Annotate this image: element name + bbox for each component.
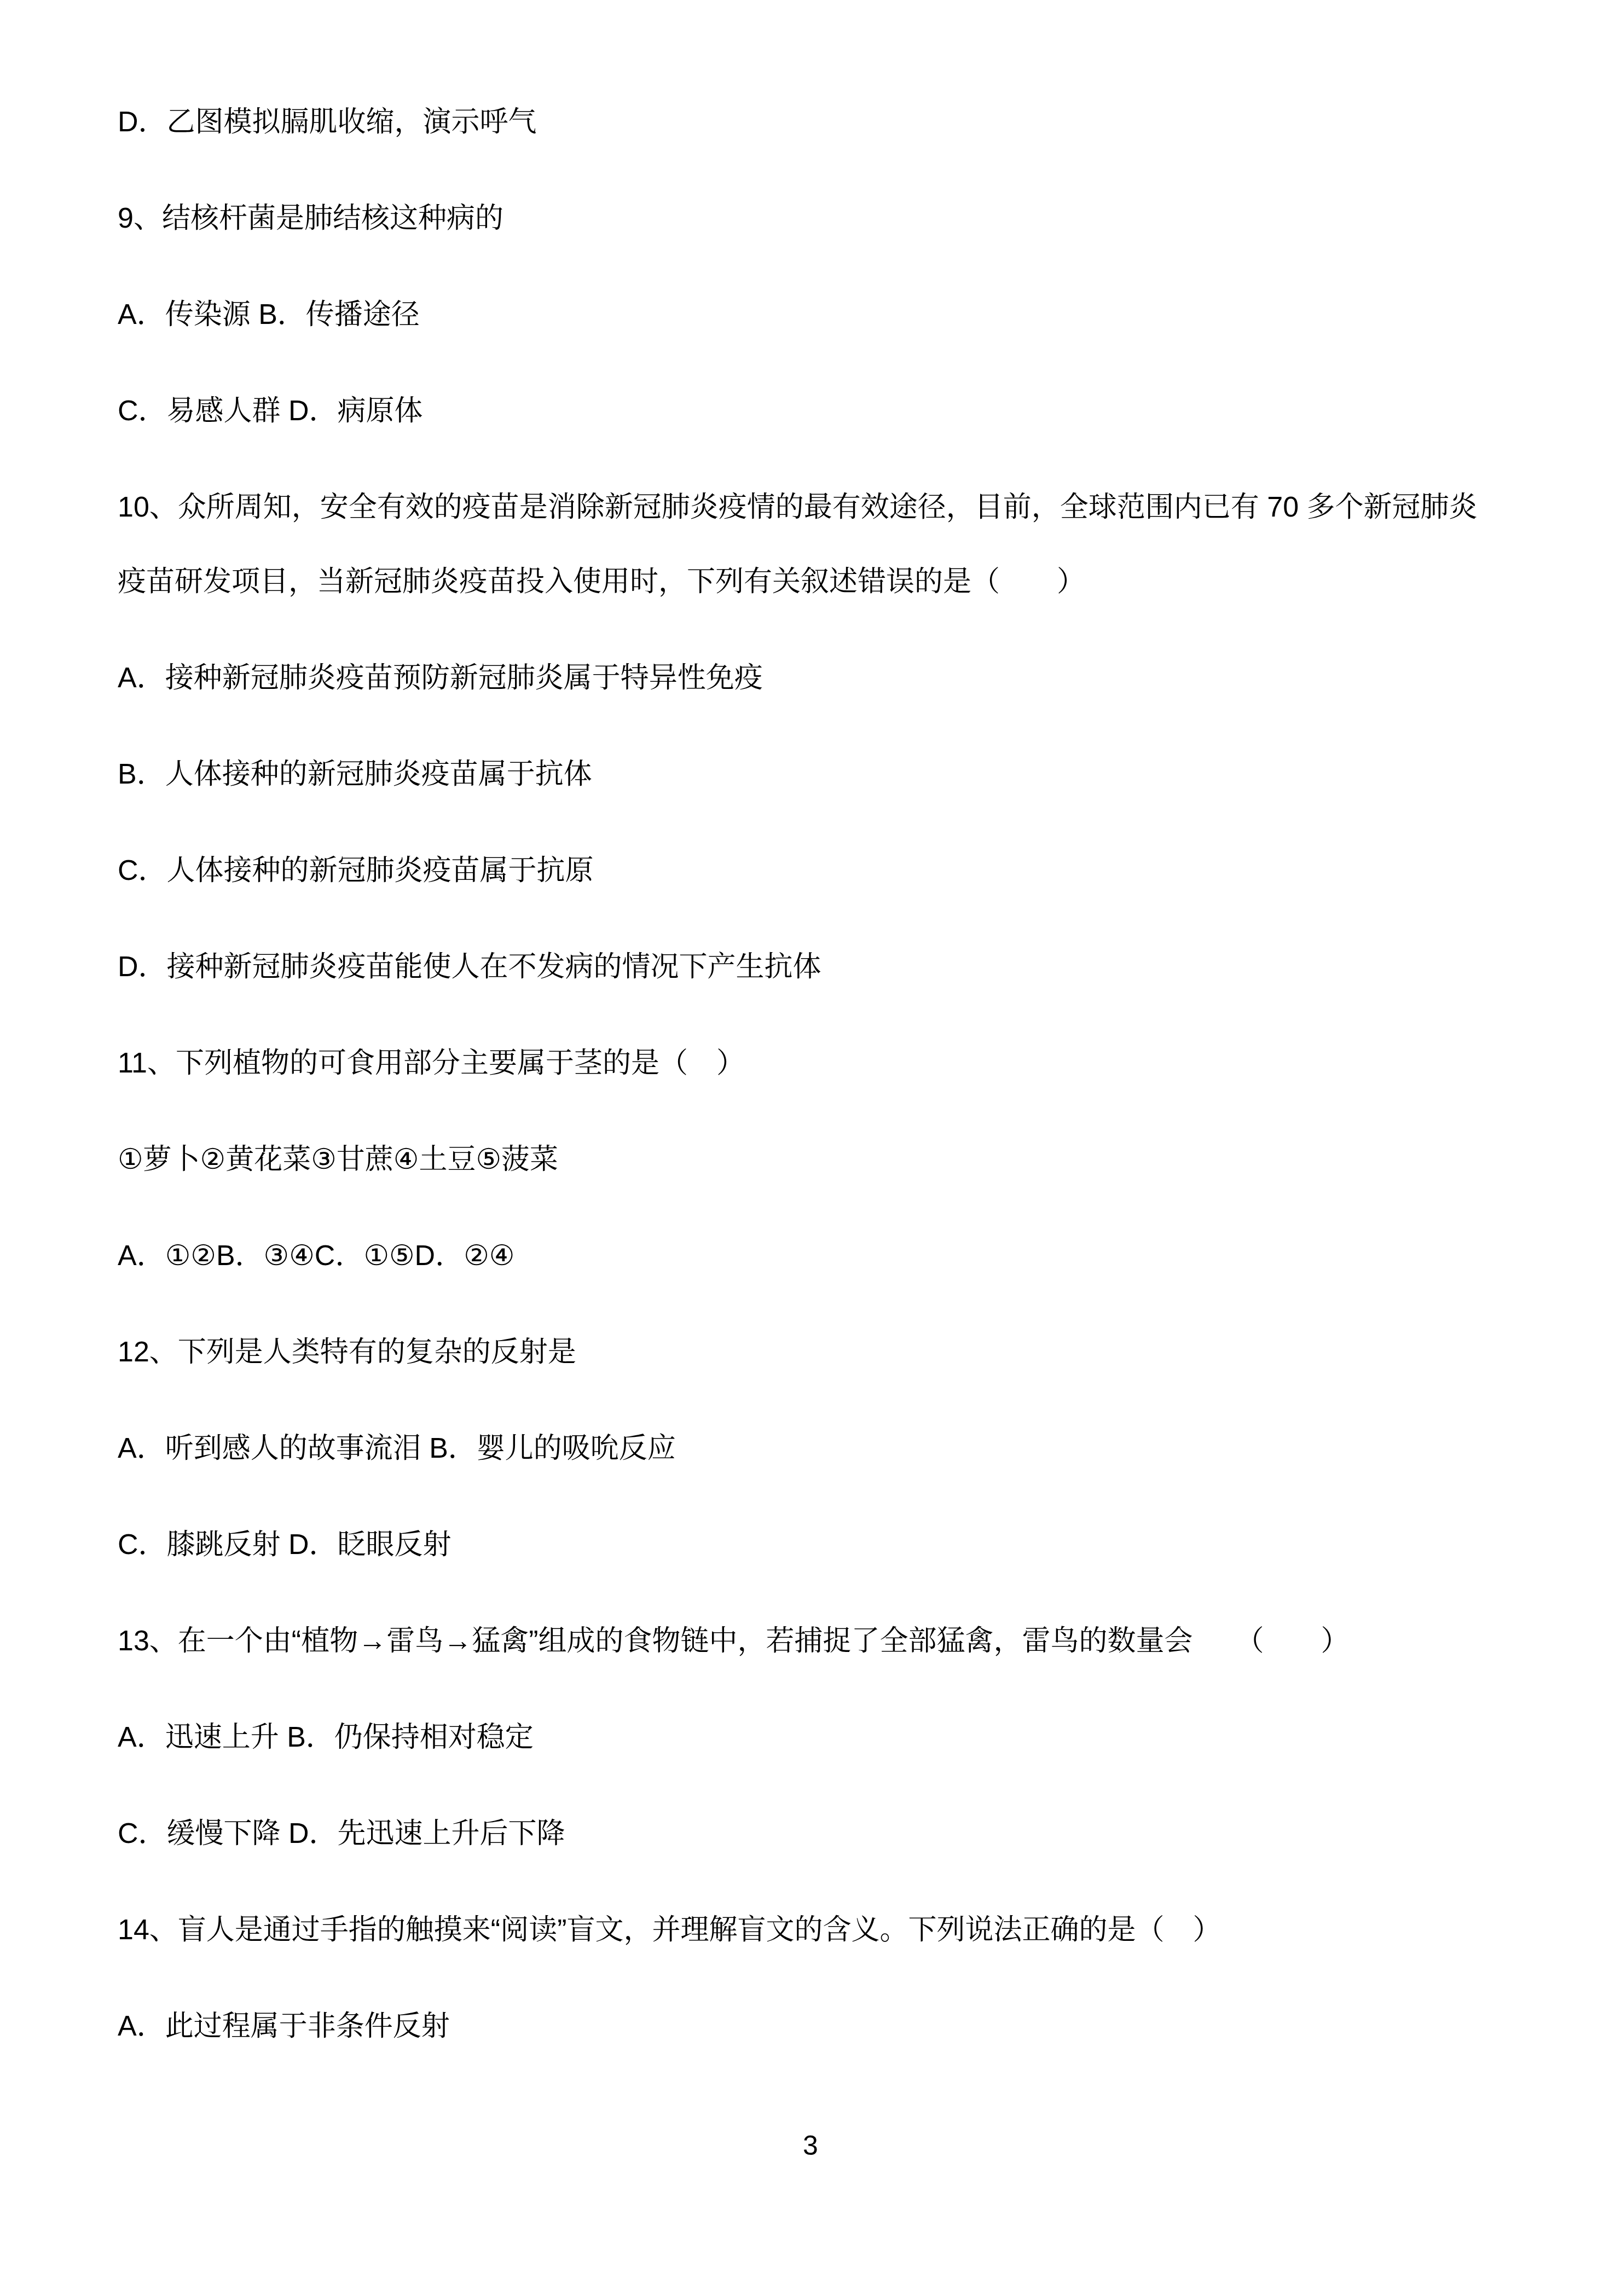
- question-12-stem: 12、下列是人类特有的复杂的反射是: [118, 1315, 1539, 1389]
- question-11-items: ①萝卜②黄花菜③甘蔗④土豆⑤菠菜: [118, 1122, 1539, 1197]
- exam-document-page: D．乙图模拟膈肌收缩，演示呼气 9、结核杆菌是肺结核这种病的 A．传染源 B．传…: [0, 0, 1621, 2296]
- question-12-options-ab: A．听到感人的故事流泪 B．婴儿的吸吮反应: [118, 1411, 1539, 1486]
- question-14-stem: 14、盲人是通过手指的触摸来“阅读”盲文，并理解盲文的含义。下列说法正确的是（ …: [118, 1893, 1539, 1967]
- question-10-stem-line2: 疫苗研发项目，当新冠肺炎疫苗投入使用时，下列有关叙述错误的是（ ）: [118, 544, 1539, 619]
- page-number: 3: [0, 2130, 1621, 2161]
- question-13-options-ab: A．迅速上升 B．仍保持相对稳定: [118, 1700, 1539, 1775]
- question-9-stem: 9、结核杆菌是肺结核这种病的: [118, 181, 1539, 256]
- question-10-option-c: C．人体接种的新冠肺炎疫苗属于抗原: [118, 833, 1539, 908]
- question-10-option-a: A．接种新冠肺炎疫苗预防新冠肺炎属于特异性免疫: [118, 641, 1539, 715]
- question-14-option-a: A．此过程属于非条件反射: [118, 1989, 1539, 2063]
- question-13-stem: 13、在一个由“植物→雷鸟→猛禽”组成的食物链中，若捕捉了全部猛禽，雷鸟的数量会…: [118, 1604, 1539, 1678]
- question-8-option-d: D．乙图模拟膈肌收缩，演示呼气: [118, 85, 1539, 159]
- question-13-options-cd: C．缓慢下降 D．先迅速上升后下降: [118, 1796, 1539, 1871]
- question-12-options-cd: C．膝跳反射 D．眨眼反射: [118, 1508, 1539, 1582]
- question-9-options-ab: A．传染源 B．传播途径: [118, 277, 1539, 352]
- question-11-stem: 11、下列植物的可食用部分主要属于茎的是（ ）: [118, 1026, 1539, 1100]
- exam-text-block: D．乙图模拟膈肌收缩，演示呼气 9、结核杆菌是肺结核这种病的 A．传染源 B．传…: [118, 85, 1539, 2085]
- question-10-option-b: B．人体接种的新冠肺炎疫苗属于抗体: [118, 737, 1539, 811]
- question-9-options-cd: C．易感人群 D．病原体: [118, 374, 1539, 448]
- question-11-options-abcd: A．①②B．③④C．①⑤D．②④: [118, 1219, 1539, 1293]
- question-10-option-d: D．接种新冠肺炎疫苗能使人在不发病的情况下产生抗体: [118, 930, 1539, 1004]
- question-10-stem-line1: 10、众所周知，安全有效的疫苗是消除新冠肺炎疫情的最有效途径，目前，全球范围内已…: [118, 470, 1539, 544]
